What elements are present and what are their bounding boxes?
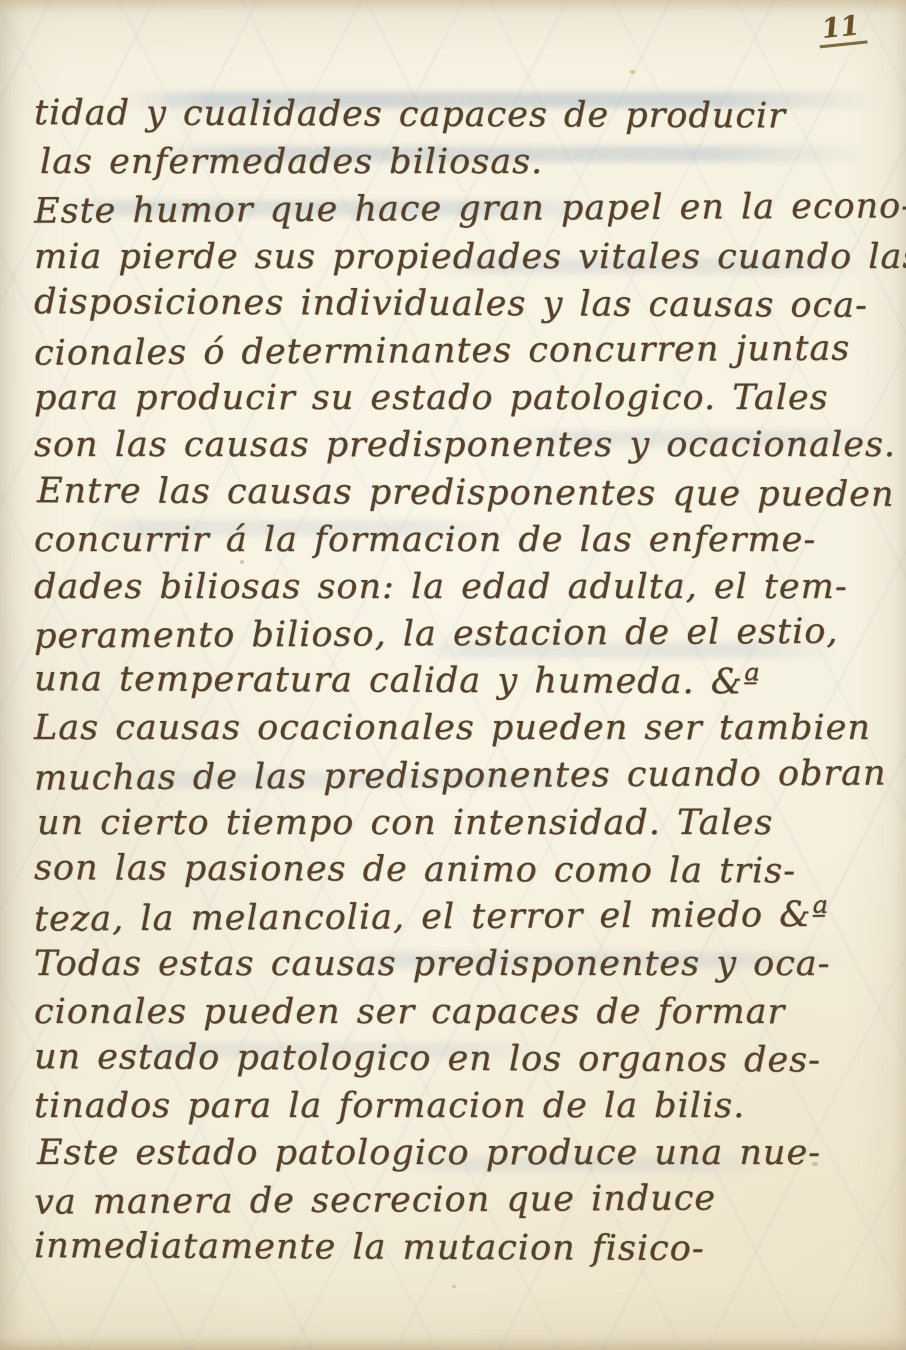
manuscript-page: 11 tidad y cualidades capaces de produci… bbox=[0, 0, 906, 1350]
manuscript-line: una temperatura calida y humeda. &ª bbox=[34, 656, 896, 707]
manuscript-line: tidad y cualidades capaces de producir bbox=[34, 90, 896, 141]
manuscript-line: dades biliosas son: la edad adulta, el t… bbox=[34, 564, 896, 611]
manuscript-line: concurrir á la formacion de las enferme- bbox=[34, 517, 896, 564]
manuscript-line: un cierto tiempo con intensidad. Tales bbox=[37, 800, 896, 847]
manuscript-line: Este humor que hace gran papel en la eco… bbox=[34, 184, 896, 236]
page-number: 11 bbox=[817, 10, 868, 49]
manuscript-line: inmediatamente la mutacion fisico- bbox=[34, 1223, 896, 1274]
manuscript-line: para producir su estado patologico. Tale… bbox=[34, 375, 896, 422]
paper-speck bbox=[452, 1285, 456, 1288]
manuscript-line: tinados para la formacion de la bilis. bbox=[34, 1083, 896, 1130]
manuscript-line: Entre las causas predisponentes que pued… bbox=[37, 468, 896, 519]
manuscript-text: tidad y cualidades capaces de producirla… bbox=[34, 92, 896, 1272]
paper-speck bbox=[630, 70, 635, 74]
manuscript-line: disposiciones individuales y las causas … bbox=[34, 279, 896, 330]
manuscript-line: peramento bilioso, la estacion de el est… bbox=[34, 608, 896, 660]
manuscript-line: Todas estas causas predisponentes y oca- bbox=[34, 941, 896, 988]
manuscript-line: cionales pueden ser capaces de formar bbox=[34, 989, 896, 1036]
manuscript-line: Este estado patologico produce una nue- bbox=[37, 1130, 896, 1177]
manuscript-line: cionales ó determinantes concurren junta… bbox=[34, 325, 896, 377]
manuscript-line: muchas de las predisponentes cuando obra… bbox=[34, 750, 896, 802]
manuscript-line: mia pierde sus propiedades vitales cuand… bbox=[34, 234, 896, 281]
manuscript-line: Las causas ocacionales pueden ser tambie… bbox=[34, 705, 896, 752]
manuscript-line: un estado patologico en los organos des- bbox=[34, 1034, 896, 1085]
manuscript-line: teza, la melancolia, el terror el miedo … bbox=[34, 892, 896, 944]
manuscript-line: son las pasiones de animo como la tris- bbox=[34, 845, 896, 896]
manuscript-line: son las causas predisponentes y ocaciona… bbox=[34, 422, 896, 469]
manuscript-line: las enfermedades biliosas. bbox=[40, 139, 896, 186]
manuscript-line: va manera de secrecion que induce bbox=[34, 1175, 896, 1227]
